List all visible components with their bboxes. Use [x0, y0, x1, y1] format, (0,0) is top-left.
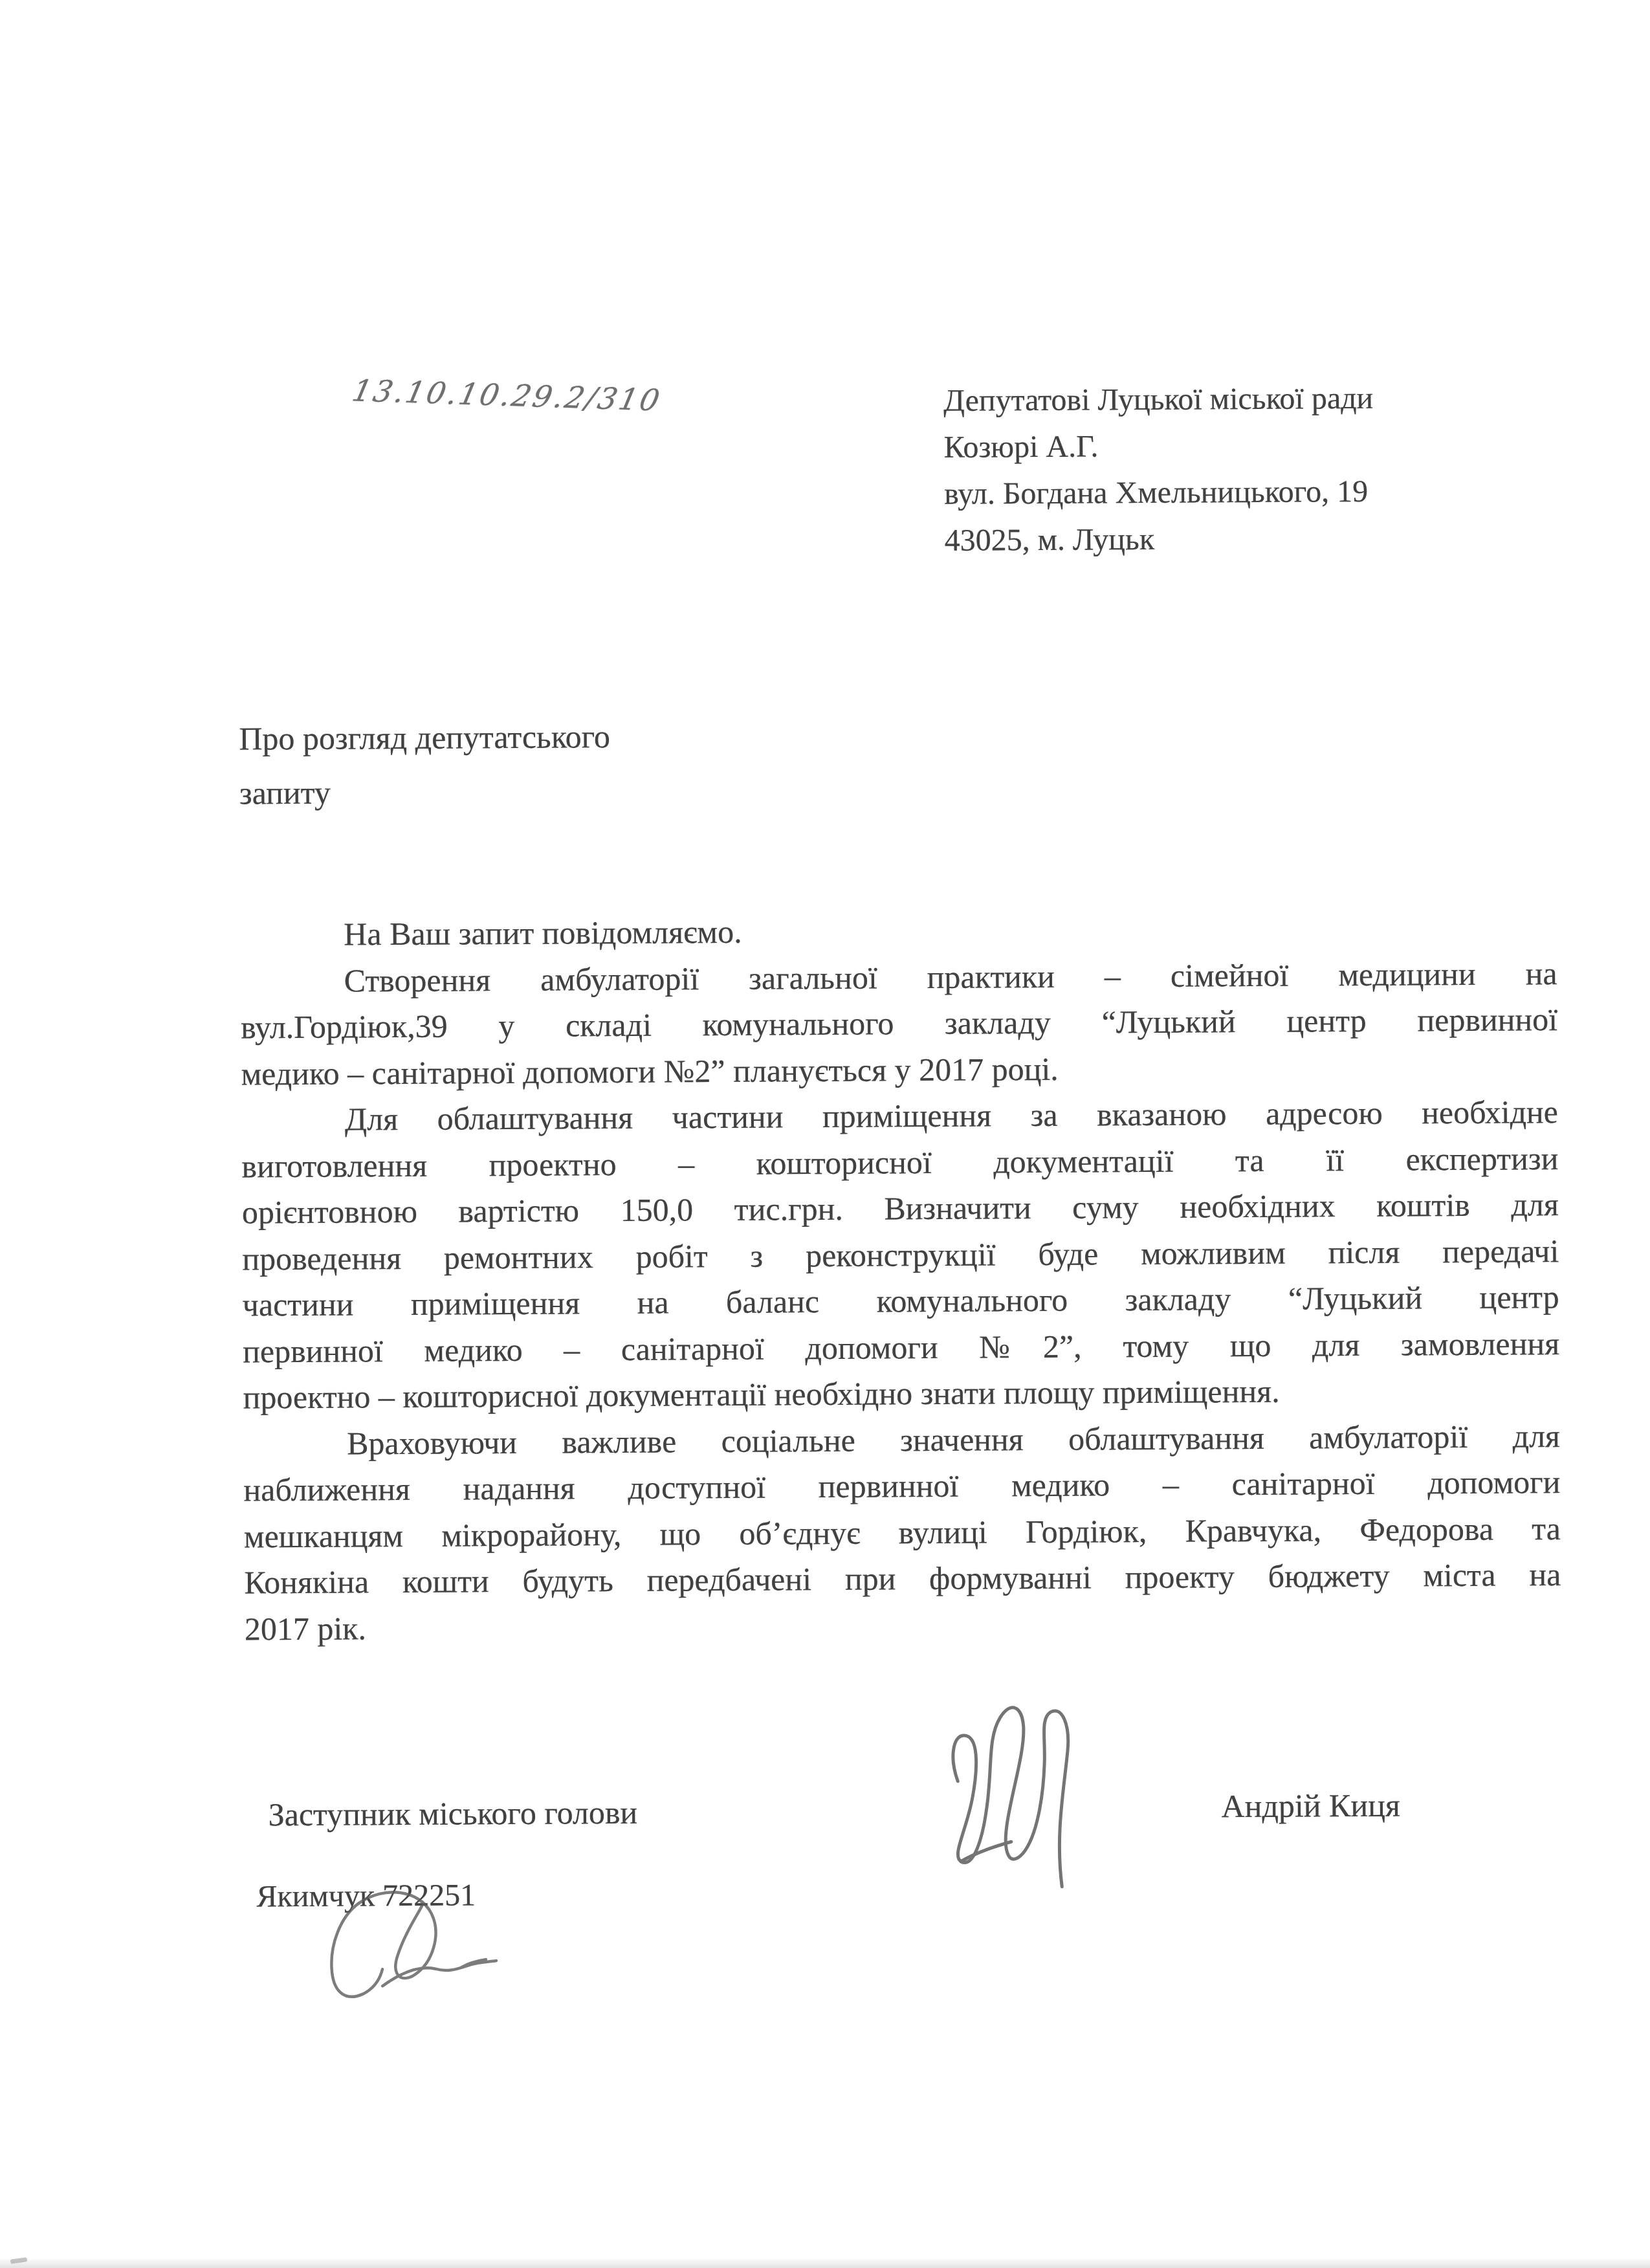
recipient-block: Депутатові Луцької міської ради Козюрі А…	[943, 375, 1374, 564]
body-line: Враховуючи важливе соціальне значення об…	[243, 1413, 1560, 1468]
subject-line: Про розгляд депутатського	[239, 709, 610, 766]
body: На Ваш запит повідомляємо.Створення амбу…	[240, 904, 1561, 1652]
body-line: вул.Гордіюк,39 у складі комунального зак…	[241, 996, 1557, 1051]
letter-page: 13.10.10.29.2/310 Депутатові Луцької міс…	[0, 0, 1650, 2268]
body-line: наближення надання доступної первинної м…	[243, 1459, 1560, 1514]
body-line: медико – санітарної допомоги №2” плануєт…	[241, 1043, 1557, 1097]
signer-name: Андрій Киця	[1221, 1787, 1400, 1825]
recipient-line: Депутатові Луцької міської ради	[943, 375, 1373, 424]
recipient-line: 43025, м. Луцьк	[944, 515, 1374, 564]
body-line: проектно – кошторисної документації необ…	[243, 1367, 1559, 1421]
recipient-line: Козюрі А.Г.	[943, 422, 1373, 471]
subject-block: Про розгляд депутатського запиту	[239, 709, 610, 820]
body-line: проведення ремонтних робіт з реконструкц…	[242, 1228, 1559, 1283]
handwritten-registration-number: 13.10.10.29.2/310	[349, 373, 665, 417]
signoff-position-title: Заступник міського голови	[268, 1794, 637, 1833]
letter-content: 13.10.10.29.2/310 Депутатові Луцької міс…	[0, 0, 1650, 2268]
scanner-edge-shadow	[0, 2258, 1650, 2268]
body-line: мешканцям мікрорайону, що об’єднує вулиц…	[244, 1506, 1561, 1560]
body-line: Конякіна кошти будуть передбачені при фо…	[244, 1552, 1561, 1606]
yakymchuk-signature	[294, 1882, 508, 2019]
body-line: 2017 рік.	[245, 1598, 1561, 1653]
body-line: На Ваш запит повідомляємо.	[240, 904, 1557, 958]
body-line: Створення амбулаторії загальної практики…	[240, 951, 1557, 1005]
body-line: частини приміщення на баланс комунальног…	[243, 1274, 1559, 1328]
body-line: первинної медико – санітарної допомоги №…	[243, 1321, 1559, 1375]
recipient-line: вул. Богдана Хмельницького, 19	[944, 468, 1374, 518]
body-line: виготовлення проектно – кошторисної доку…	[241, 1136, 1558, 1190]
subject-line: запиту	[239, 764, 611, 820]
body-line: Для облаштування частини приміщення за в…	[241, 1089, 1558, 1143]
body-line: орієнтовною вартістю 150,0 тис.грн. Визн…	[242, 1182, 1559, 1236]
kytsia-signature	[943, 1678, 1112, 1893]
